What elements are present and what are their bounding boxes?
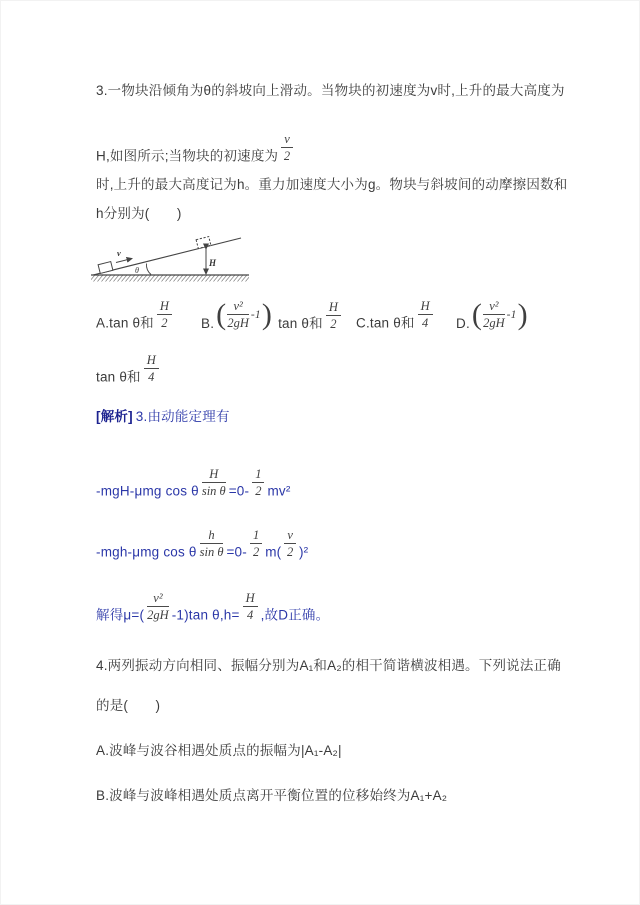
ground-hatching [91, 276, 249, 282]
q3-option-d-label: D. [456, 316, 470, 331]
q3-option-d-cont-text: tan θ和 [96, 369, 141, 384]
analysis-header: [解析]3.由动能定理有 [96, 409, 230, 426]
fraction-1-over-2: 12 [250, 528, 262, 560]
q4-option-a: A.波峰与波谷相遇处质点的振幅为|A₁-A₂| [96, 743, 342, 760]
fraction-v2-over-2gH: v²2gH [147, 591, 169, 623]
incline-figure: v θ H [89, 229, 257, 290]
block-dashed [196, 237, 211, 249]
analysis-formula-1: -mgH-μmg cos θHsin θ=0-12mv² [96, 467, 291, 500]
q3-stem-line1: 3.一物块沿倾角为θ的斜坡向上滑动。当物块的初速度为v时,上升的最大高度为 [96, 83, 565, 100]
paren-expression: (v²2gH-1) [216, 299, 272, 331]
formula2-close: )² [299, 544, 308, 559]
q3-option-a-text: A.tan θ和 [96, 315, 154, 330]
q3-stem-line3: 时,上升的最大高度记为h。重力加速度大小为g。物块与斜坡间的动摩擦因数和 [96, 177, 567, 194]
fraction-H-over-2: H2 [157, 299, 172, 331]
formula2-mid: =0- [226, 544, 247, 559]
q3-stem-line2-text: H,如图所示;当物块的初速度为 [96, 148, 278, 163]
fraction-H-over-4: H4 [243, 591, 258, 623]
block-solid [98, 262, 113, 274]
document-page: 3.一物块沿倾角为θ的斜坡向上滑动。当物块的初速度为v时,上升的最大高度为 H,… [0, 0, 640, 905]
fraction-h-over-sin-theta: hsin θ [200, 528, 224, 560]
fraction-1-over-2: 12 [252, 467, 264, 499]
conclusion-pre: 解得μ=( [96, 607, 144, 622]
q3-stem-line2: H,如图所示;当物块的初速度为v2 [96, 132, 296, 165]
velocity-arrow [116, 259, 132, 263]
q3-option-b-text: tan θ和 [278, 316, 323, 331]
q4-stem-line2: 的是( ) [96, 698, 160, 715]
q3-stem-line4: h分别为( ) [96, 206, 182, 223]
fraction-H-over-4: H4 [418, 299, 433, 331]
figure-h-label: H [208, 258, 217, 268]
q3-option-b-label: B. [201, 316, 214, 331]
q3-option-d-continued: tan θ和H4 [96, 353, 162, 386]
theta-arc [146, 264, 151, 275]
conclusion-post: ,故D正确。 [261, 607, 330, 622]
fraction-v-over-2: v2 [281, 132, 293, 164]
q3-option-c-text: C.tan θ和 [356, 315, 415, 330]
formula1-pre: -mgH-μmg cos θ [96, 483, 199, 498]
formula2-pre: -mgh-μmg cos θ [96, 544, 197, 559]
fraction-H-over-sin-theta: Hsin θ [202, 467, 226, 499]
analysis-formula-2: -mgh-μmg cos θhsin θ=0-12m(v2)² [96, 528, 308, 561]
paren-expression: (v²2gH-1) [472, 299, 528, 331]
analysis-tag: [解析] [96, 409, 133, 424]
q4-option-b: B.波峰与波峰相遇处质点离开平衡位置的位移始终为A₁+A₂ [96, 788, 447, 805]
formula1-post: mv² [267, 483, 290, 498]
analysis-conclusion: 解得μ=(v²2gH-1)tan θ,h=H4,故D正确。 [96, 591, 329, 624]
q3-option-c: C.tan θ和H4 [356, 299, 436, 332]
analysis-intro: 3.由动能定理有 [136, 409, 230, 424]
q3-option-d: D.(v²2gH-1) [456, 299, 530, 333]
formula1-mid: =0- [229, 483, 250, 498]
incline-figure-svg: v θ H [89, 229, 257, 285]
figure-v-label: v [117, 248, 121, 258]
figure-theta-label: θ [135, 266, 139, 275]
q4-stem-line1: 4.两列振动方向相同、振幅分别为A₁和A₂的相干简谐横波相遇。下列说法正确 [96, 658, 561, 675]
fraction-v-over-2: v2 [284, 528, 296, 560]
q3-option-b: B.(v²2gH-1)tan θ和H2 [201, 299, 344, 333]
formula2-m-open: m( [265, 544, 281, 559]
conclusion-mid: -1)tan θ,h= [172, 607, 240, 622]
fraction-H-over-4: H4 [144, 353, 159, 385]
fraction-v2-over-2gH: v²2gH [483, 299, 505, 331]
q3-option-a: A.tan θ和H2 [96, 299, 175, 332]
fraction-H-over-2: H2 [326, 300, 341, 332]
incline-line [93, 238, 241, 275]
fraction-v2-over-2gH: v²2gH [227, 299, 249, 331]
